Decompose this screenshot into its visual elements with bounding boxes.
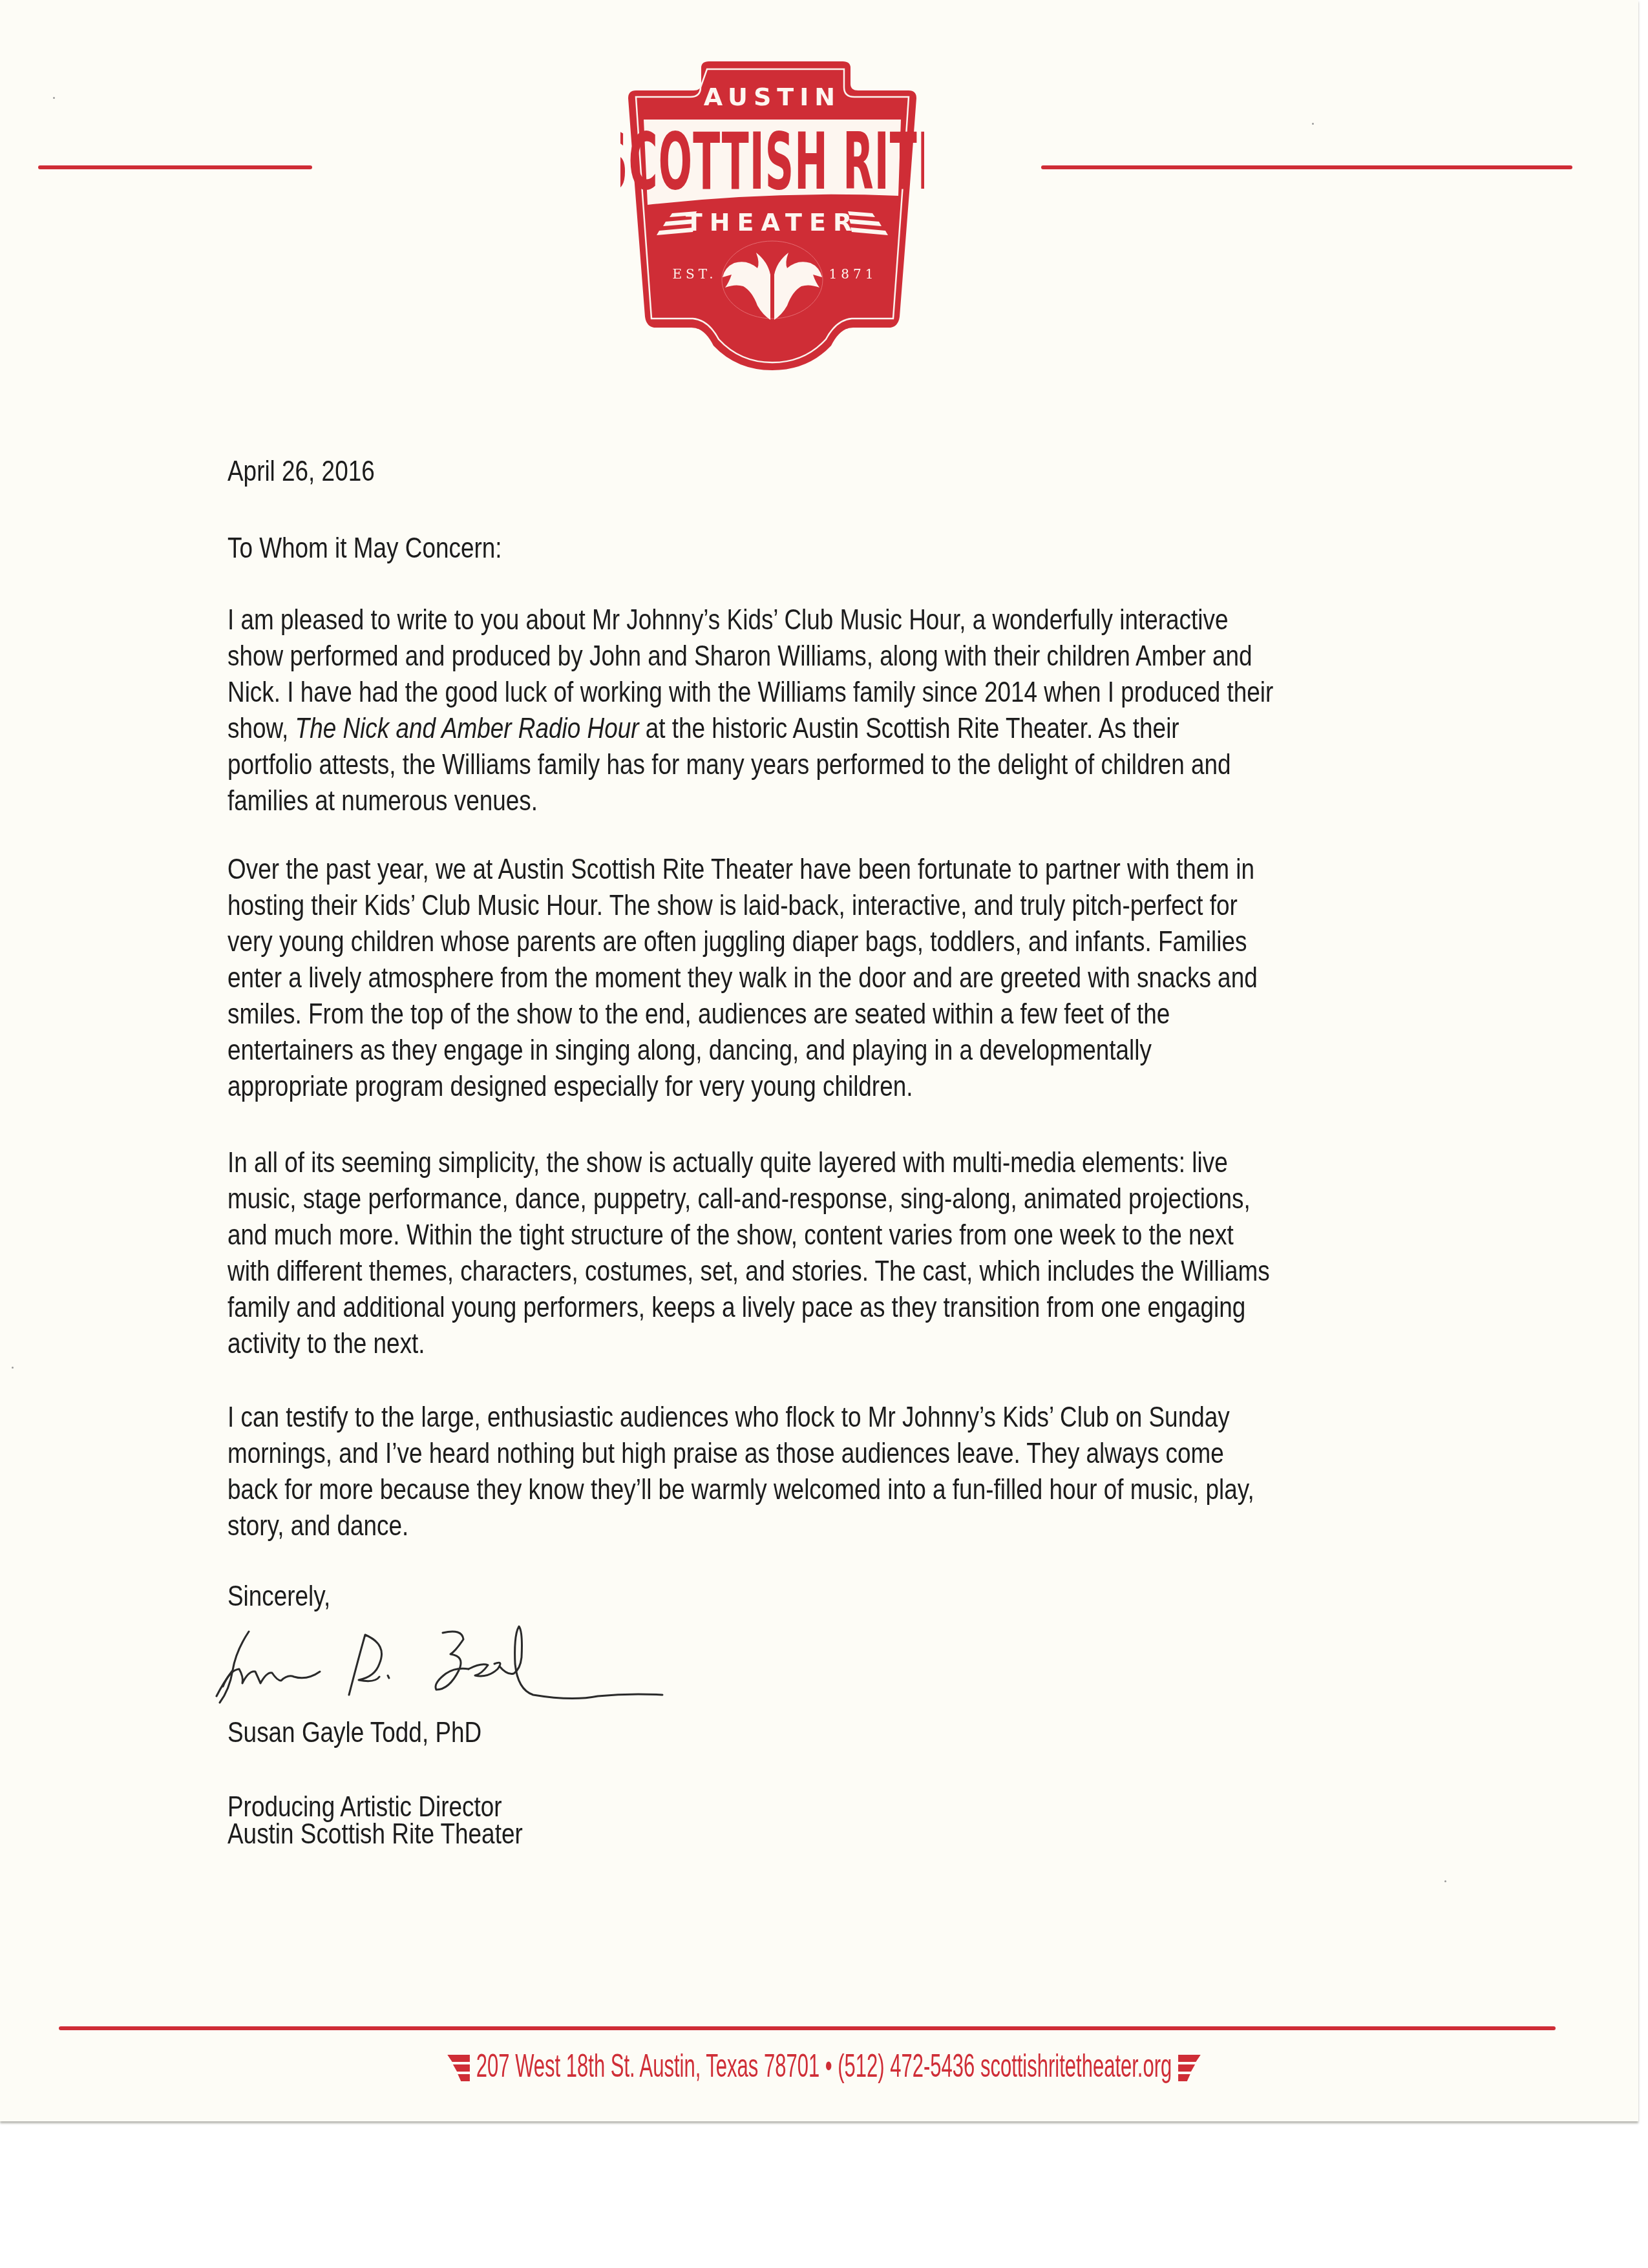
letter-date: April 26, 2016 xyxy=(227,456,375,485)
wing-right-icon xyxy=(1178,2053,1201,2083)
footer-rule xyxy=(59,2026,1556,2030)
wing-left-icon xyxy=(447,2053,470,2083)
footer-separator: • xyxy=(825,2048,832,2084)
header-rule-left xyxy=(38,165,312,169)
closing: Sincerely, xyxy=(227,1581,330,1610)
footer-address: 207 West 18th St. Austin, Texas 78701 xyxy=(476,2048,819,2084)
handwritten-signature xyxy=(210,1619,792,1709)
logo-main-text: SCOTTISH RITE xyxy=(620,116,924,208)
paragraph-3-line: activity to the next. xyxy=(227,1328,425,1358)
show-title-italic: The Nick and Amber Radio Hour xyxy=(295,711,639,744)
paragraph-2-line: appropriate program designed especially … xyxy=(227,1071,913,1100)
paragraph-3-line: family and additional young performers, … xyxy=(227,1292,1245,1321)
paragraph-1-line: Nick. I have had the good luck of workin… xyxy=(227,677,1273,706)
paragraph-2-line: enter a lively atmosphere from the momen… xyxy=(227,963,1258,992)
scan-speck xyxy=(1444,1880,1446,1882)
paragraph-4-line: mornings, and I’ve heard nothing but hig… xyxy=(227,1438,1224,1467)
paragraph-2-line: smiles. From the top of the show to the … xyxy=(227,999,1170,1028)
logo-est-year: 1871 xyxy=(829,266,878,282)
salutation: To Whom it May Concern: xyxy=(227,533,502,562)
paragraph-2-line: entertainers as they engage in singing a… xyxy=(227,1035,1152,1064)
scan-speck xyxy=(12,1367,14,1369)
paragraph-3-line: music, stage performance, dance, puppetr… xyxy=(227,1184,1251,1213)
paragraph-2-line: very young children whose parents are of… xyxy=(227,927,1247,956)
paragraph-3-line: with different themes, characters, costu… xyxy=(227,1256,1270,1285)
paragraph-4-line: story, and dance. xyxy=(227,1511,408,1540)
signer-org: Austin Scottish Rite Theater xyxy=(227,1819,523,1848)
logo-sub-text: THEATER xyxy=(686,208,859,236)
logo-top-text: AUSTIN xyxy=(704,83,841,111)
paragraph-1-line: portfolio attests, the Williams family h… xyxy=(227,750,1231,779)
paragraph-1-line: I am pleased to write to you about Mr Jo… xyxy=(227,605,1228,634)
paragraph-1-line: families at numerous venues. xyxy=(227,786,538,815)
scan-speck xyxy=(53,97,55,99)
paragraph-3-line: In all of its seeming simplicity, the sh… xyxy=(227,1148,1228,1177)
paragraph-1-line: show performed and produced by John and … xyxy=(227,641,1252,670)
footer-contact: 207 West 18th St. Austin, Texas 78701 • … xyxy=(0,2048,1648,2083)
signer-name: Susan Gayle Todd, PhD xyxy=(227,1717,481,1747)
paragraph-4-line: back for more because they know they’ll … xyxy=(227,1475,1254,1504)
theater-logo: AUSTIN SCOTTISH RITE THEATER EST. 1871 xyxy=(620,61,924,378)
header-rule-right xyxy=(1041,165,1572,169)
paragraph-4-line: I can testify to the large, enthusiastic… xyxy=(227,1402,1230,1431)
footer-phone[interactable]: (512) 472-5436 xyxy=(838,2048,975,2084)
paragraph-2-line: Over the past year, we at Austin Scottis… xyxy=(227,854,1254,883)
paragraph-2-line: hosting their Kids’ Club Music Hour. The… xyxy=(227,890,1238,919)
scan-speck xyxy=(1312,123,1314,125)
paragraph-1-line: show, The Nick and Amber Radio Hour at t… xyxy=(227,713,1179,742)
logo-est-label: EST. xyxy=(672,266,717,282)
footer-website[interactable]: scottishritetheater.org xyxy=(980,2048,1172,2084)
letter-page: AUSTIN SCOTTISH RITE THEATER EST. 1871 A… xyxy=(0,0,1638,2121)
paragraph-3-line: and much more. Within the tight structur… xyxy=(227,1220,1234,1249)
